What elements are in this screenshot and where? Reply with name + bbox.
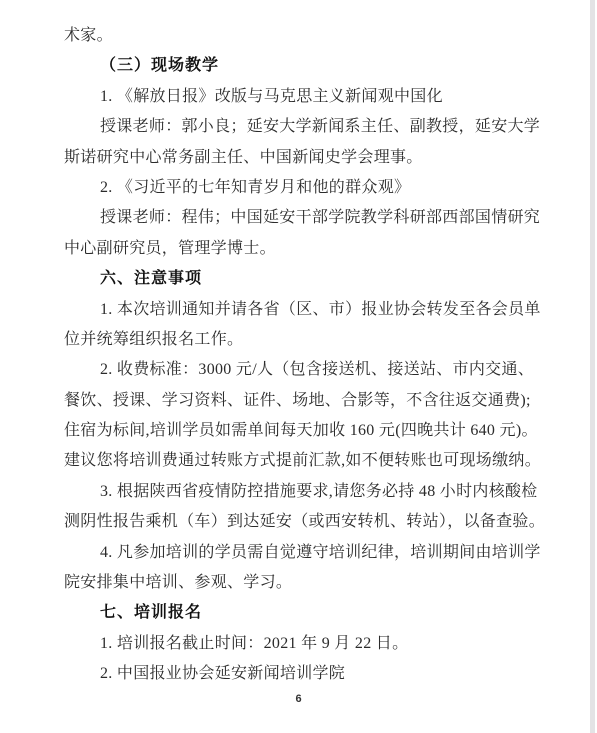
scrollbar-track[interactable] [590,0,595,733]
doc-line: 术家。 [64,21,539,51]
doc-line: 院安排集中培训、参观、学习。 [64,568,539,598]
doc-line: 授课老师：程伟；中国延安干部学院教学科研部西部国情研究 [64,203,539,233]
doc-line: 2. 收费标准：3000 元/人（包含接送机、接送站、市内交通、 [64,355,539,385]
heading-onsite-teaching: （三）现场教学 [64,51,539,81]
heading-training-registration: 七、培训报名 [64,598,539,628]
document-body: 术家。 （三）现场教学 1. 《解放日报》改版与马克思主义新闻观中国化 授课老师… [64,21,539,690]
doc-line: 住宿为标间,培训学员如需单间每天加收 160 元(四晚共计 640 元)。 [64,416,539,446]
document-page: 术家。 （三）现场教学 1. 《解放日报》改版与马克思主义新闻观中国化 授课老师… [0,0,597,733]
doc-line: 3. 根据陕西省疫情防控措施要求,请您务必持 48 小时内核酸检 [64,477,539,507]
doc-line: 测阴性报告乘机（车）到达延安（或西安转机、转站），以备查验。 [64,507,539,537]
doc-line: 2. 中国报业协会延安新闻培训学院 [64,659,539,689]
doc-line: 2. 《习近平的七年知青岁月和他的群众观》 [64,173,539,203]
doc-line: 授课老师：郭小良；延安大学新闻系主任、副教授，延安大学 [64,112,539,142]
page-number: 6 [0,692,597,706]
heading-notice-items: 六、注意事项 [64,264,539,294]
doc-line: 4. 凡参加培训的学员需自觉遵守培训纪律，培训期间由培训学 [64,538,539,568]
doc-line: 中心副研究员，管理学博士。 [64,234,539,264]
doc-line: 建议您将培训费通过转账方式提前汇款,如不便转账也可现场缴纳。 [64,446,539,476]
doc-line: 1. 培训报名截止时间：2021 年 9 月 22 日。 [64,629,539,659]
doc-line: 斯诺研究中心常务副主任、中国新闻史学会理事。 [64,143,539,173]
doc-line: 1. 本次培训通知并请各省（区、市）报业协会转发至各会员单 [64,295,539,325]
doc-line: 1. 《解放日报》改版与马克思主义新闻观中国化 [64,82,539,112]
doc-line: 餐饮、授课、学习资料、证件、场地、合影等，不含往返交通费); [64,386,539,416]
doc-line: 位并统筹组织报名工作。 [64,325,539,355]
